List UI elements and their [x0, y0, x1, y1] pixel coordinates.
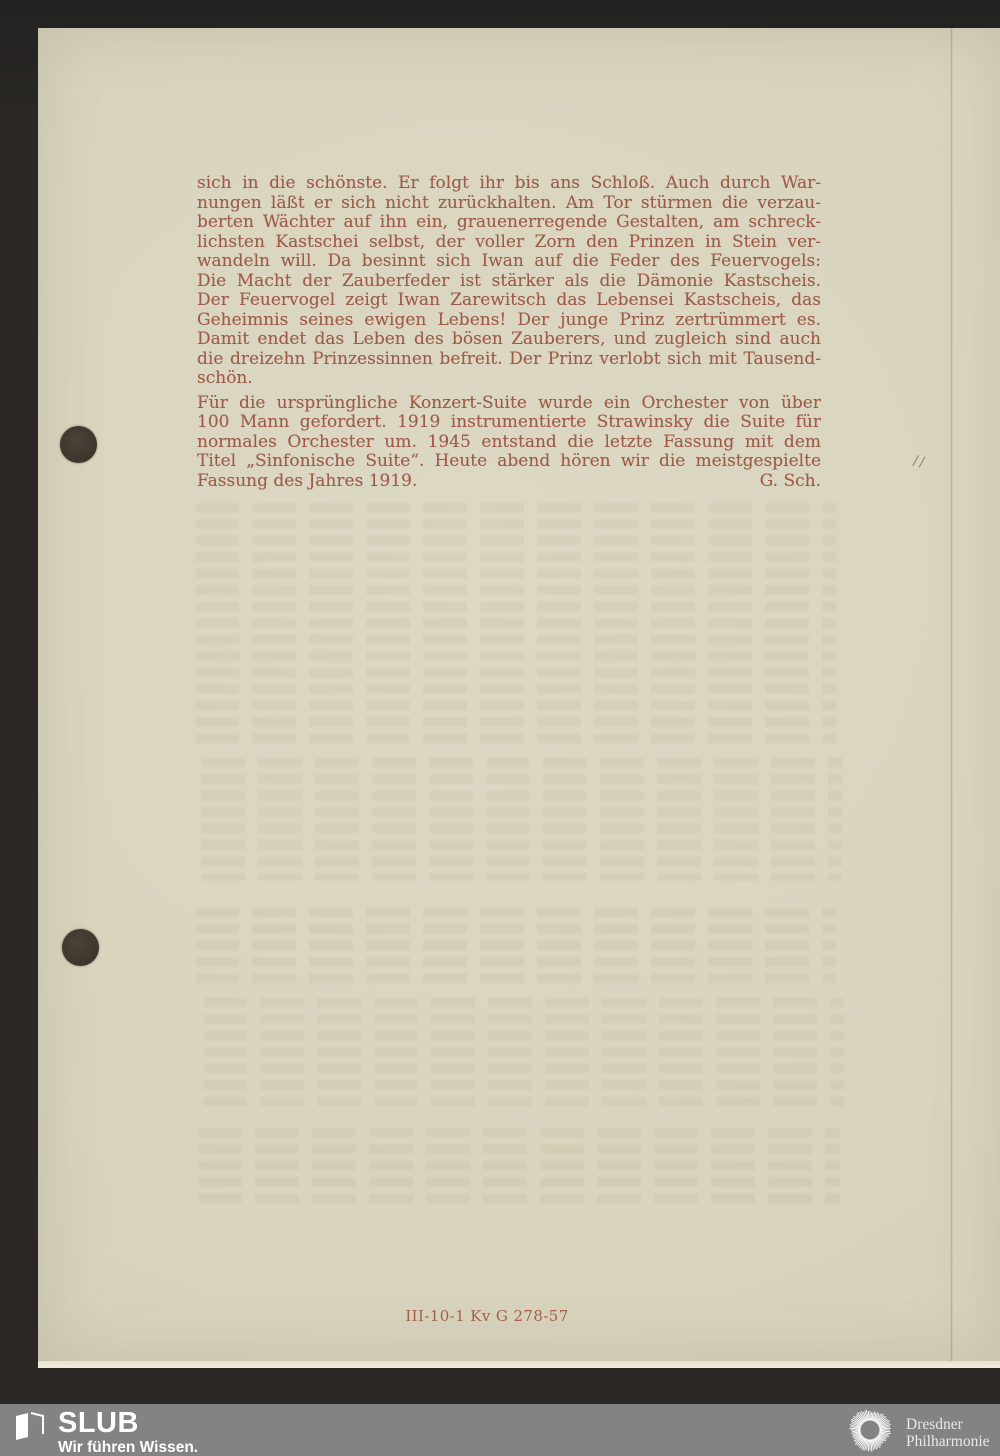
scanned-page: sich in die schönste. Er folgt ihr bis a… — [38, 28, 1000, 1368]
text-line: die dreizehn Prinzessinnen befreit. Der … — [197, 350, 821, 370]
slub-tagline: Wir führen Wissen. — [58, 1439, 198, 1456]
text-line: berten Wächter auf ihn ein, grauenerrege… — [197, 213, 821, 233]
text-line: normales Orchester um. 1945 entstand die… — [197, 433, 821, 453]
text-line: sich in die schönste. Er folgt ihr bis a… — [197, 174, 821, 194]
slub-name: SLUB — [58, 1408, 198, 1438]
text-line: Die Macht der Zauberfeder ist stärker al… — [197, 272, 821, 292]
author-initials: G. Sch. — [760, 472, 821, 492]
paragraph-1: sich in die schönste. Er folgt ihr bis a… — [197, 174, 821, 369]
philharmonie-logo: Dresdner Philharmonie — [846, 1406, 990, 1456]
text-line: nungen läßt er sich nicht zurückhalten. … — [197, 194, 821, 214]
bleedthrough-text-block — [203, 995, 845, 1113]
text-line: Damit endet das Leben des bösen Zauberer… — [197, 330, 821, 350]
print-shelfmark: III-10-1 Kv G 278-57 — [38, 1307, 936, 1325]
punch-hole — [62, 929, 99, 966]
sunburst-icon — [846, 1406, 894, 1456]
text-line: Geheimnis seines ewigen Lebens! Der jung… — [197, 311, 821, 331]
bleedthrough-text-block — [195, 905, 837, 985]
text-line: Für die ursprüngliche Konzert-Suite wurd… — [197, 394, 821, 414]
bleedthrough-text-block — [201, 755, 843, 881]
adjacent-page-edge — [952, 28, 1000, 1368]
paragraph-2-last-text: Fassung des Jahres 1919. — [197, 472, 417, 492]
page-bottom-edge — [38, 1361, 1000, 1368]
paragraph-2: Für die ursprüngliche Konzert-Suite wurd… — [197, 394, 821, 472]
text-line: lichsten Kastschei selbst, der voller Zo… — [197, 233, 821, 253]
pencil-mark: // — [911, 453, 927, 471]
bleedthrough-text-block — [198, 1125, 840, 1205]
branding-bar: SLUB Wir führen Wissen. Dresdner Philhar… — [0, 1404, 1000, 1456]
slub-logo: SLUB Wir führen Wissen. — [12, 1408, 198, 1456]
paragraph-1-last-line: schön. — [197, 369, 821, 389]
philharmonie-name-line2: Philharmonie — [906, 1433, 990, 1450]
text-line: 100 Mann gefordert. 1919 instrumentierte… — [197, 413, 821, 433]
paragraph-2-last-line: Fassung des Jahres 1919. G. Sch. — [197, 472, 821, 492]
philharmonie-name-line1: Dresdner — [906, 1416, 990, 1433]
text-line: Titel „Sinfonische Suite“. Heute abend h… — [197, 452, 821, 472]
sunburst-rays — [849, 1410, 890, 1452]
punch-hole — [60, 426, 97, 463]
bleedthrough-text-block — [195, 500, 837, 744]
text-line: wandeln will. Da besinnt sich Iwan auf d… — [197, 252, 821, 272]
scan-viewer: sich in die schönste. Er folgt ihr bis a… — [0, 0, 1000, 1456]
open-book-icon — [12, 1408, 48, 1451]
program-note-text: sich in die schönste. Er folgt ihr bis a… — [197, 174, 821, 491]
text-line: Der Feuervogel zeigt Iwan Zarewitsch das… — [197, 291, 821, 311]
